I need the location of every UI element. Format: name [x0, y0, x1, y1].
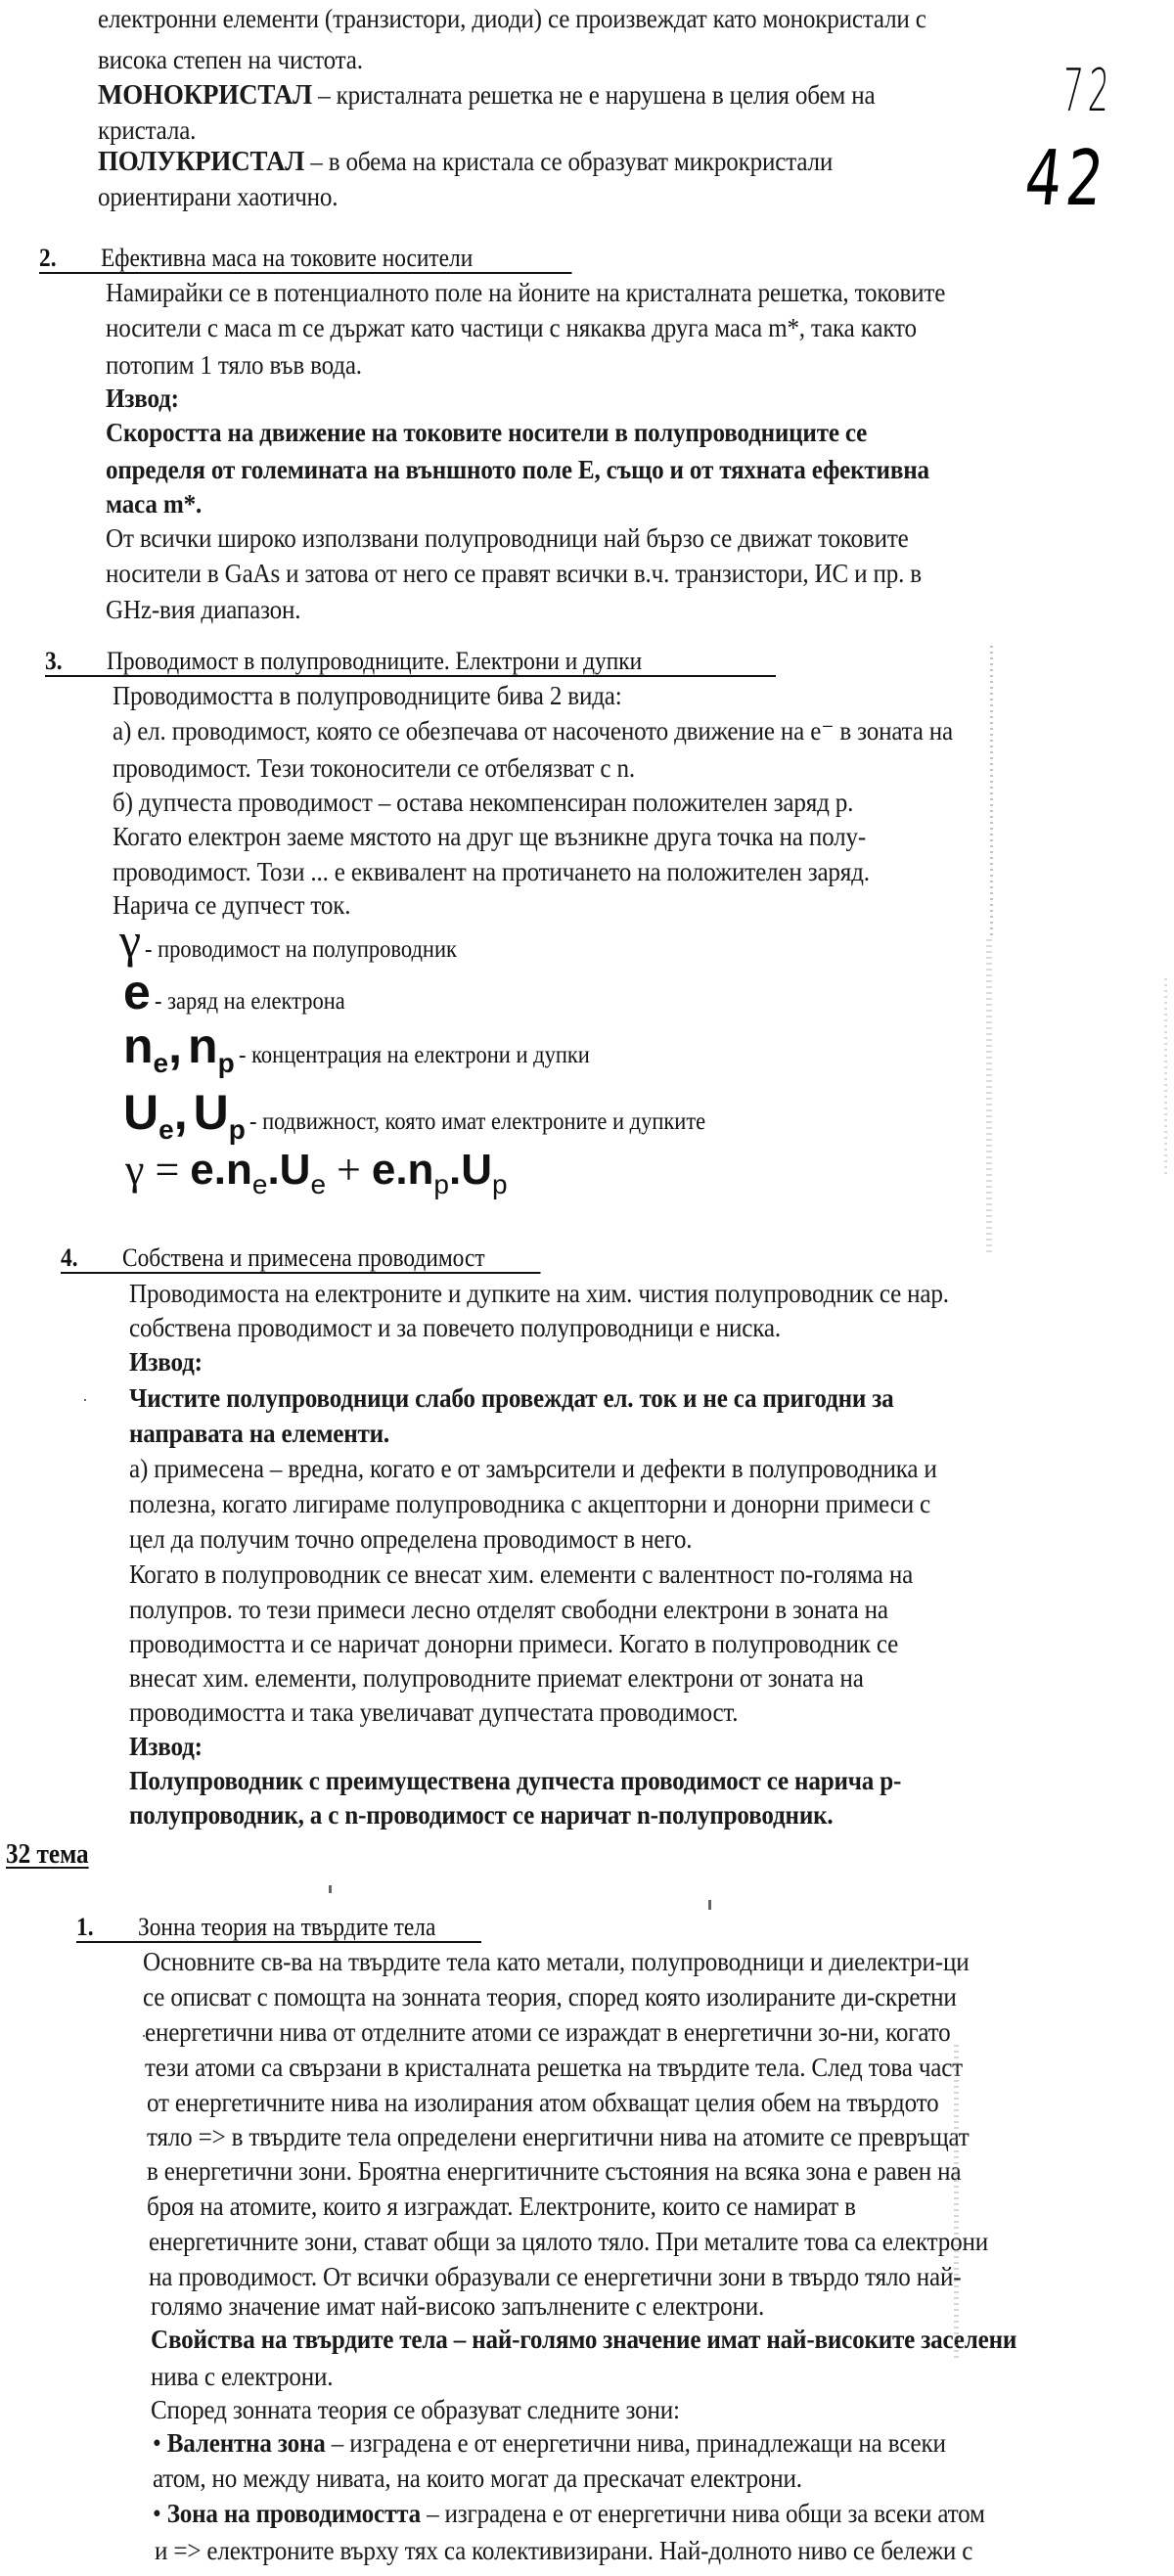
topic-32-section-1-number: 1.: [76, 1912, 138, 1943]
symbol-gamma-glyph: γ: [119, 913, 141, 968]
bullet-text: – изградена е от енергетични нива, прина…: [326, 2428, 946, 2458]
section-2-body-3: потопим 1 тяло във вода.: [106, 348, 362, 382]
formula-lhs: γ: [125, 1146, 144, 1194]
topic-32-body-14: Според зонната теория се образуват следн…: [151, 2393, 680, 2426]
bullet-valence-band: • Валентна зона – изградена е от енергет…: [153, 2426, 946, 2460]
symbol-gamma-desc: - проводимост на полупроводник: [145, 936, 457, 964]
symbol-gamma: γ- проводимост на полупроводник: [119, 912, 491, 969]
section-3-number: 3.: [45, 646, 107, 677]
section-4-conclusion2-2: полупроводник, а с n-проводимост се нари…: [129, 1798, 833, 1831]
bullet-term: Зона на проводимостта: [167, 2499, 421, 2528]
formula-term: .U: [449, 1146, 492, 1194]
section-4-after-6: проводимостта и се наричат донорни приме…: [129, 1627, 898, 1660]
section-4-conclusion-1: Чистите полупроводници слабо провеждат е…: [129, 1381, 894, 1415]
topic-32-body-10: на проводимост. От всички образували се …: [149, 2260, 961, 2293]
symbol-n2-sub: p: [218, 1048, 235, 1078]
section-4-body-2: собствена проводимост и за повечето полу…: [129, 1311, 781, 1344]
polycrystal-definition: ПОЛУКРИСТАЛ – в обема на кристала се обр…: [98, 145, 833, 178]
polycrystal-line-2: ориентирани хаотично.: [98, 180, 338, 213]
polycrystal-term: ПОЛУКРИСТАЛ: [98, 146, 304, 177]
heading-underline: [76, 1941, 481, 1943]
scan-noise: [986, 939, 992, 1252]
section-4-heading: 4.Собствена и примесена проводимост: [61, 1243, 485, 1274]
topic-32-body-12: Свойства на твърдите тела – най-голямо з…: [151, 2323, 1016, 2356]
section-3-body-4: б) дупчеста проводимост – остава некомпе…: [113, 786, 853, 819]
section-2-conclusion-3: маса m*.: [106, 487, 202, 520]
section-4-after-1: а) примесена – вредна, когато е от замър…: [129, 1452, 937, 1485]
topic-32-body-6: тяло => в твърдите тела определени енерг…: [147, 2120, 970, 2153]
symbol-e-desc: - заряд на електрона: [155, 988, 345, 1016]
symbol-e-glyph: e: [123, 965, 151, 1019]
section-2-conclusion-1: Скоростта на движение на токовите носите…: [106, 416, 867, 449]
monocrystal-line-2: кристала.: [98, 113, 196, 147]
scanned-page: електронни елементи (транзистори, диоди)…: [0, 0, 1174, 2576]
topic-32-body-4: тези атоми са свързани в кристалната реш…: [145, 2051, 963, 2084]
section-2-title: Ефективна маса на токовите носители: [101, 244, 473, 272]
scan-speck: [329, 1885, 332, 1893]
heading-underline: [45, 675, 776, 677]
intro-line-2: висока степен на чистота.: [98, 43, 363, 76]
section-4-conclusion-label: Извод:: [129, 1345, 203, 1378]
formula-eq: =: [144, 1146, 190, 1194]
symbol-n-sub: e: [154, 1048, 169, 1078]
formula-sub: e: [310, 1169, 326, 1199]
section-4-after-2: полезна, когато лигираме полупроводника …: [129, 1487, 930, 1520]
section-3-body-6: проводимост. Този ... е еквивалент на пр…: [113, 855, 870, 888]
monocrystal-text: – кристалната решетка не е нарушена в це…: [312, 80, 875, 110]
topic-32-body-5: от енергетичните нива на изолирания атом…: [147, 2086, 939, 2119]
handwritten-number-bottom: 42: [1021, 135, 1112, 223]
bullet-term: Валентна зона: [167, 2428, 326, 2458]
section-2-body-1: Намирайки се в потенциалното поле на йон…: [106, 276, 945, 309]
bullet-valence-band-cont: атом, но между нивата, на които могат да…: [153, 2462, 802, 2495]
symbol-n2-glyph: n: [188, 1018, 218, 1073]
section-3-body-2: а) ел. проводимост, която се обезпечава …: [113, 714, 953, 747]
section-4-after-5: полупров. то тези примеси лесно отделят …: [129, 1593, 888, 1626]
section-3-heading: 3.Проводимост в полупроводниците. Електр…: [45, 646, 642, 677]
section-4-after-8: проводимостта и така увеличават дупчеста…: [129, 1695, 738, 1729]
section-2-after-3: GHz-вия диапазон.: [106, 593, 300, 626]
section-2-number: 2.: [39, 243, 101, 274]
topic-32-section-1-title: Зонна теория на твърдите тела: [138, 1913, 435, 1941]
section-2-conclusion-label: Извод:: [106, 382, 179, 415]
section-4-conclusion-2: направата на елементи.: [129, 1417, 389, 1450]
scan-speck: [708, 1900, 711, 1910]
section-4-number: 4.: [61, 1243, 122, 1274]
scan-speck: [84, 1399, 86, 1401]
section-4-conclusion2-label: Извод:: [129, 1730, 203, 1763]
section-3-body-3: проводимост. Тези токоносители се отбеля…: [113, 751, 635, 785]
section-4-after-3: цел да получим точно определена проводим…: [129, 1522, 692, 1556]
section-2-after-2: носители в GaAs и затова от него се прав…: [106, 557, 922, 590]
section-3-title: Проводимост в полупроводниците. Електрон…: [107, 647, 642, 675]
topic-32-section-1-heading: 1.Зонна теория на твърдите тела: [76, 1912, 435, 1943]
handwritten-number-top: 72: [1061, 57, 1116, 125]
topic-32-body-3: енергетични нива от отделните атоми се и…: [145, 2015, 950, 2049]
formula-term: e.n: [372, 1146, 434, 1194]
topic-32-body-1: Основните св-ва на твърдите тела като ме…: [143, 1945, 969, 1978]
bullet-conduction-band: • Зона на проводимостта – изградена е от…: [153, 2497, 985, 2530]
section-4-body-1: Проводимоста на електроните и дупките на…: [129, 1277, 949, 1310]
intro-line-1: електронни елементи (транзистори, диоди)…: [98, 2, 926, 35]
symbol-n: ne,np- концентрация на електрони и дупки: [123, 1017, 628, 1079]
topic-32-title: 32 тема: [6, 1839, 89, 1871]
symbol-n-glyph: n: [123, 1018, 154, 1073]
symbol-u: Ue,Up- подвижност, която имат електронит…: [123, 1084, 756, 1146]
heading-underline: [39, 272, 572, 274]
scan-noise: [1164, 978, 1167, 1174]
symbol-u2-sub: p: [229, 1114, 246, 1145]
formula-plus: +: [326, 1146, 372, 1194]
section-4-after-7: внесат хим. елементи, полупроводните при…: [129, 1661, 864, 1695]
section-2-body-2: носители с маса m се държат като частици…: [106, 311, 917, 344]
heading-underline: [61, 1272, 541, 1274]
formula-term: e.n: [190, 1146, 252, 1194]
scan-noise: [990, 646, 993, 939]
section-4-after-4: Когато в полупроводник се внесат хим. ел…: [129, 1558, 913, 1591]
monocrystal-term: МОНОКРИСТАЛ: [98, 79, 312, 111]
section-4-conclusion2-1: Полупроводник с преимуществена дупчеста …: [129, 1764, 901, 1797]
symbol-u-sub: e: [158, 1114, 174, 1145]
section-4-title: Собствена и примесена проводимост: [122, 1243, 485, 1272]
bullet-text: – изградена е от енергетични нива общи з…: [421, 2499, 985, 2528]
formula-sub: p: [433, 1169, 449, 1199]
formula-sub: p: [492, 1169, 508, 1199]
topic-32-body-8: броя на атомите, които я изграждат. Елек…: [147, 2190, 856, 2223]
topic-32-body-13: нива с електрони.: [151, 2360, 333, 2393]
symbol-u-glyph: U: [123, 1085, 158, 1140]
formula-sub: e: [252, 1169, 268, 1199]
symbol-e: e- заряд на електрона: [123, 964, 366, 1020]
section-2-heading: 2.Ефективна маса на токовите носители: [39, 243, 473, 274]
monocrystal-definition: МОНОКРИСТАЛ – кристалната решетка не е н…: [98, 78, 875, 112]
section-3-body-5: Когато електрон заеме мястото на друг ще…: [113, 820, 866, 853]
symbol-u-desc: - подвижност, която имат електроните и д…: [249, 1108, 705, 1136]
polycrystal-text: – в обема на кристала се образуват микро…: [304, 147, 833, 176]
scan-noise: [954, 2045, 959, 2358]
formula-term: .U: [267, 1146, 310, 1194]
section-2-after-1: От всички широко използвани полупроводни…: [106, 521, 909, 555]
topic-32-body-2: се описват с помощта на зонната теория, …: [143, 1980, 957, 2013]
section-3-body-1: Проводимостта в полупроводниците бива 2 …: [113, 679, 622, 712]
bullet-conduction-band-cont: и => електроните върху тях са колективиз…: [155, 2534, 972, 2567]
conductivity-formula: γ = e.ne.Ue + e.np.Up: [125, 1145, 508, 1200]
section-2-conclusion-2: определя от големината на външното поле …: [106, 453, 929, 486]
topic-32-body-7: в енергетични зони. Броятна енергитичнит…: [147, 2154, 961, 2188]
scan-speck: [143, 2035, 145, 2037]
symbol-n-desc: - концентрация на електрони и дупки: [239, 1042, 590, 1069]
topic-32-body-11: голямо значение имат най-високо запълнен…: [151, 2289, 764, 2323]
symbol-u2-glyph: U: [194, 1085, 229, 1140]
topic-32-body-9: енергетичните зони, стават общи за цялот…: [149, 2225, 988, 2258]
